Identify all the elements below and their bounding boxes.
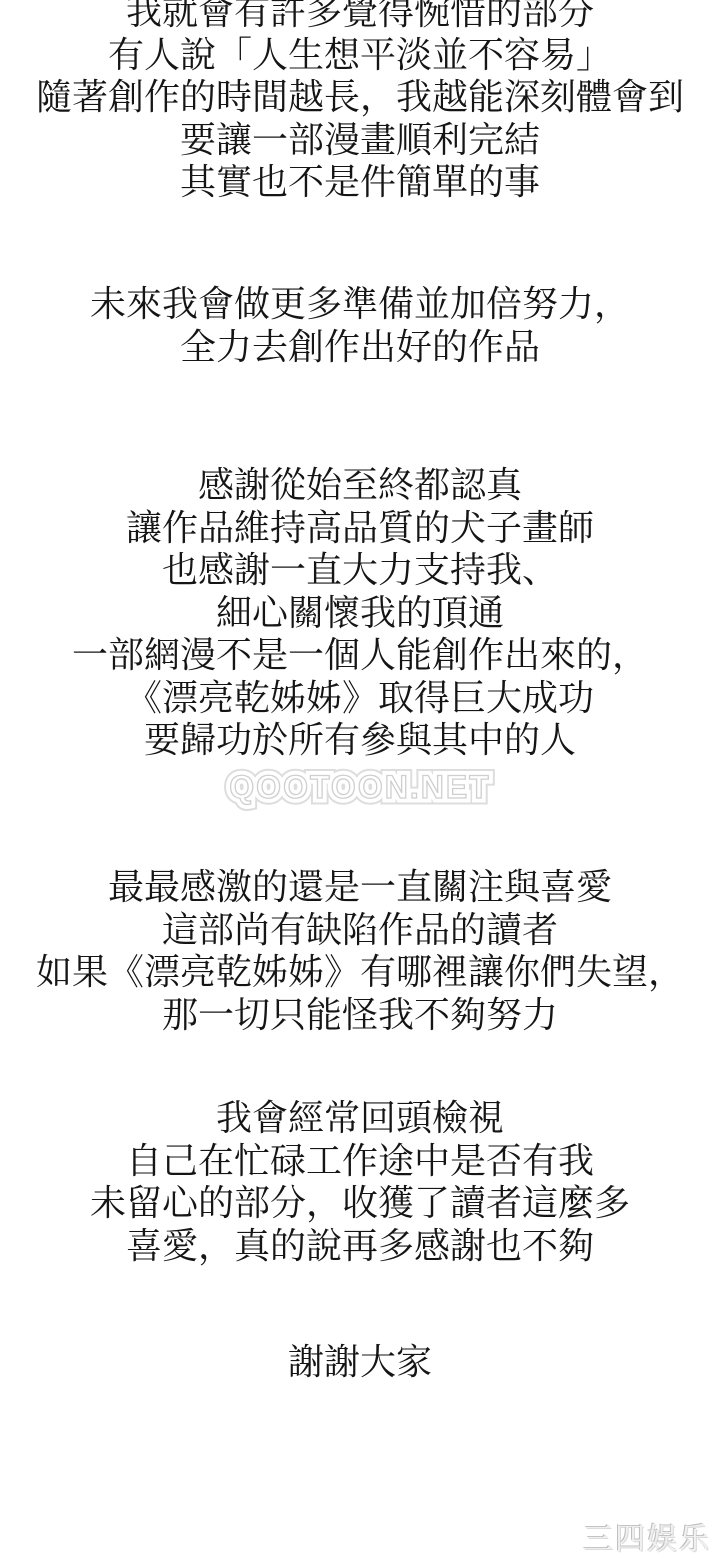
qootoon-site-watermark: QOOTOON.NET QOOTOON.NET QOOTOON.NET bbox=[229, 768, 490, 806]
afterword-paragraph-3: 感謝從始至終都認真 讓作品維持高品質的犬子畫師 也感謝一直大力支持我、 細心關懷… bbox=[0, 464, 720, 762]
afterword-paragraph-4: 最最感激的還是一直關注與喜愛 這部尚有缺陷作品的讀者 如果《漂亮乾姊姊》有哪裡讓… bbox=[0, 866, 720, 1036]
afterword-paragraph-1: 我就會有許多覺得惋惜的部分 有人說「人生想平淡並不容易」 隨著創作的時間越長，我… bbox=[0, 0, 720, 204]
afterword-paragraph-5: 我會經常回頭檢視 自己在忙碌工作途中是否有我 未留心的部分，收獲了讀者這麼多 喜… bbox=[0, 1097, 720, 1267]
afterword-paragraph-2: 未來我會做更多準備並加倍努力， 全力去創作出好的作品 bbox=[0, 283, 720, 368]
afterword-thanks-line: 謝謝大家 bbox=[0, 1341, 720, 1384]
publisher-watermark: 三四娱乐 bbox=[583, 1514, 711, 1557]
watermark-outline-text: QOOTOON.NET bbox=[229, 768, 490, 806]
afterword-page: { "page": { "background": "#ffffff", "te… bbox=[0, 0, 720, 1557]
